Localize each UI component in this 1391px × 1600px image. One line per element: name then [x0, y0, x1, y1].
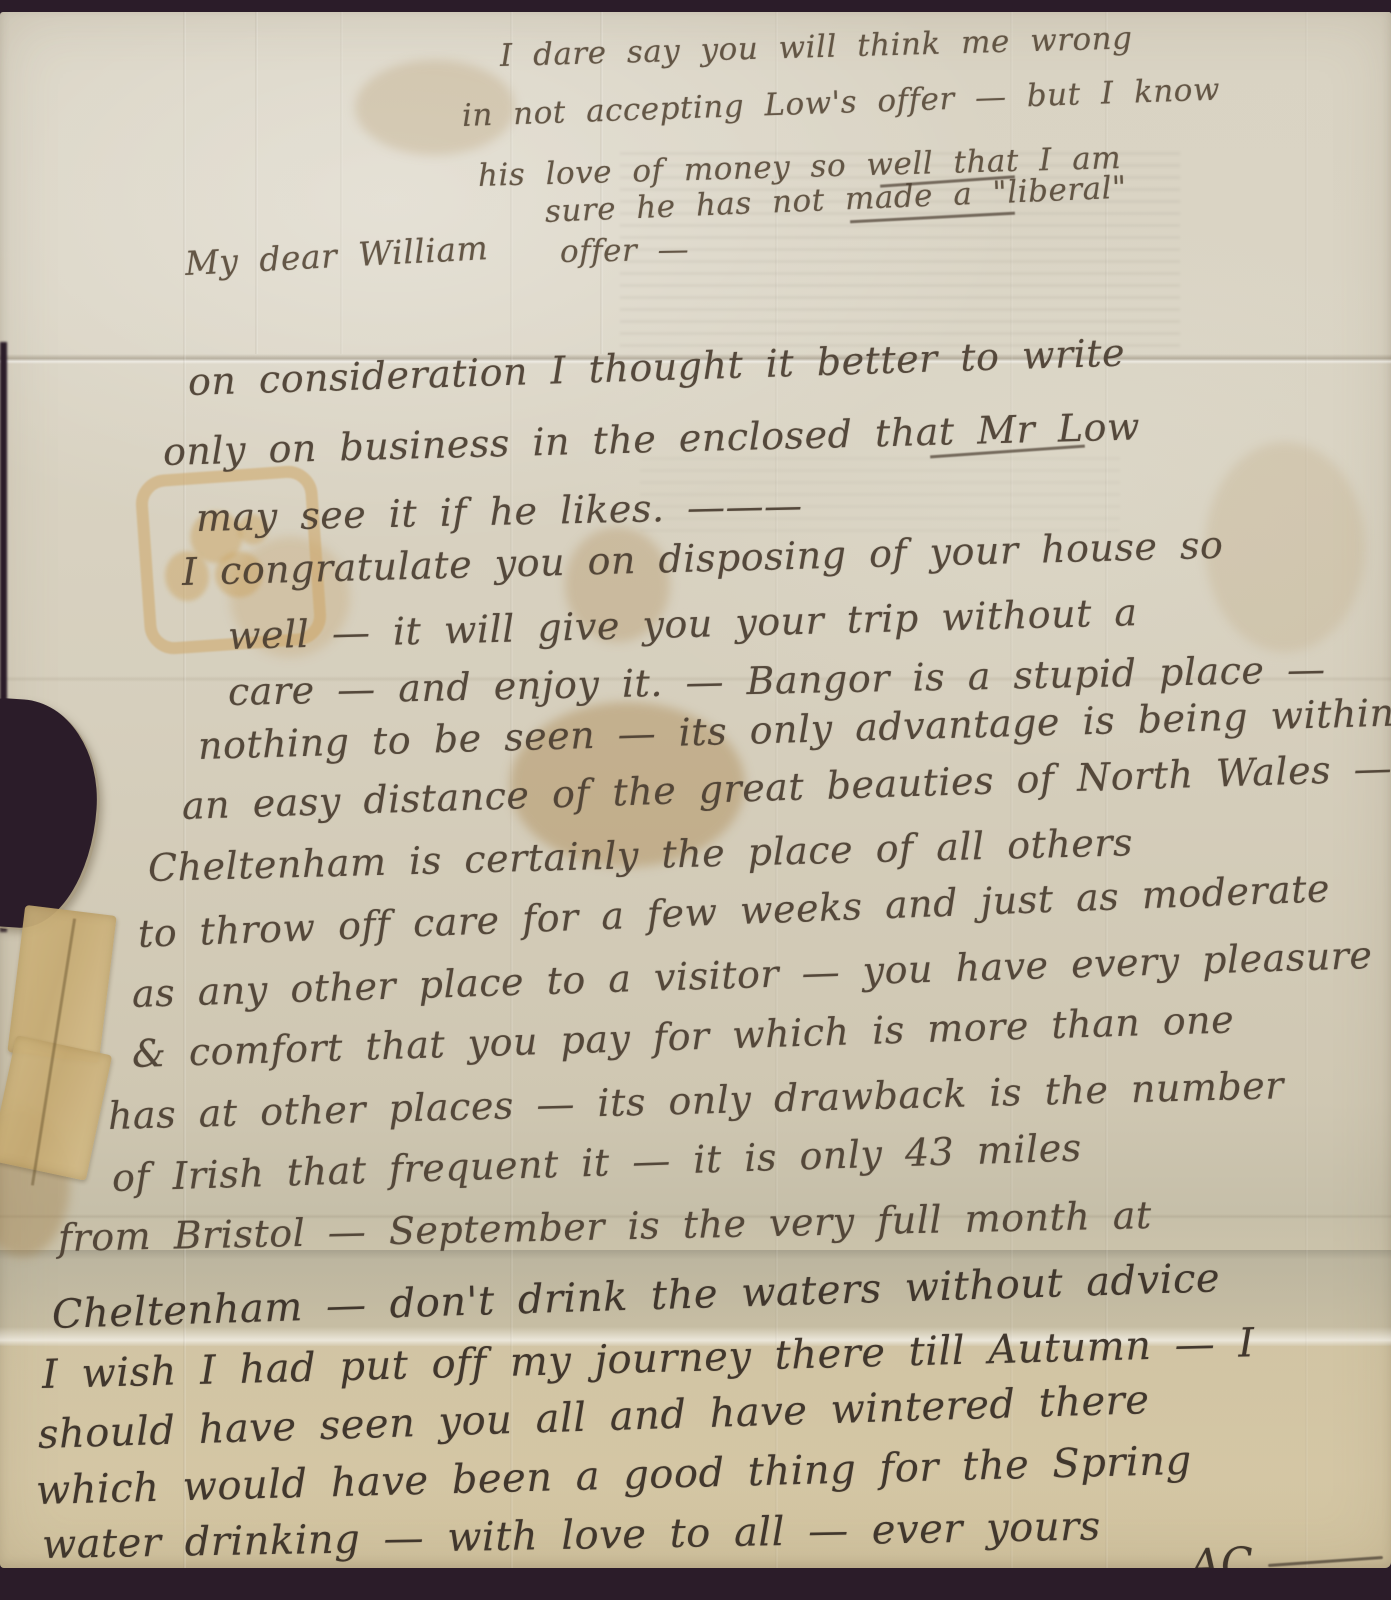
tape-strip [0, 1035, 112, 1181]
ink-stain [1205, 442, 1365, 652]
signature: AC [1189, 1538, 1254, 1568]
letter-photograph: I dare say you will think me wrong in no… [0, 0, 1391, 1600]
postscript-line: offer — [560, 232, 690, 270]
postscript-line: I dare say you will think me wrong [499, 20, 1132, 74]
body-line: of Irish that frequent it — it is only 4… [111, 1126, 1082, 1200]
vertical-crease [255, 12, 258, 354]
body-line: well — it will give you your trip withou… [227, 590, 1138, 658]
letter-paper: I dare say you will think me wrong in no… [0, 12, 1391, 1568]
vertical-crease [340, 12, 343, 354]
torn-hole [0, 695, 104, 932]
salutation: My dear William [184, 228, 489, 283]
